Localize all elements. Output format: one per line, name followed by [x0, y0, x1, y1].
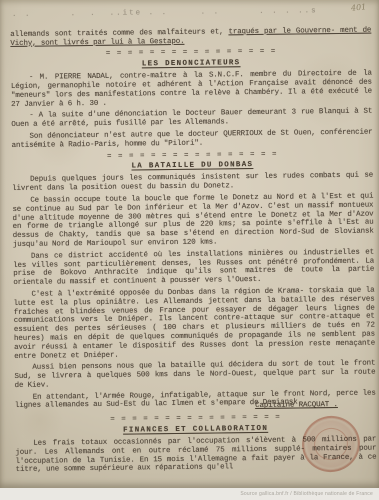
paragraph: - A la suite d'une dénonciation le Docte…	[11, 108, 372, 130]
section-heading-denonciateurs: LES DENONCIATEURS	[11, 58, 372, 71]
paragraph: - M. PIERRE NADAL, contre-maître à la S.…	[11, 70, 372, 110]
paragraph: Les frais totaux occasionnés par l'occup…	[15, 436, 376, 476]
paragraph: Depuis quelques jours les communiqués in…	[12, 172, 373, 194]
intro-lead: allemands sont traités comme des malfait…	[10, 28, 228, 39]
paragraph: Dans ce district accidenté où les instal…	[13, 248, 374, 288]
paragraph: Ce bassin occupe toute la boucle que for…	[12, 193, 374, 250]
intro-paragraph: allemands sont traités comme des malfait…	[10, 26, 371, 48]
faded-header-line: . . . . ..ite . . . . . . . ..s	[12, 7, 371, 20]
scanned-page: 401 . . . . ..ite . . . . . . . ..s alle…	[0, 0, 379, 488]
section-heading-finances: FINANCES ET COLLABORATION	[15, 424, 376, 437]
paragraph: Son dénonciateur n'est autre que le doct…	[11, 129, 372, 151]
paragraph: Aussi bien pensons nous que la bataille …	[14, 360, 375, 391]
source-attribution: Source gallica.bnf.fr / Bibliothèque nat…	[240, 491, 373, 497]
gallica-footer: Source gallica.bnf.fr / Bibliothèque nat…	[0, 488, 379, 500]
paragraph: C'est à l'extrémité opposée du Donbas da…	[13, 286, 375, 361]
document-body: . . . . ..ite . . . . . . . ..s allemand…	[10, 7, 377, 479]
